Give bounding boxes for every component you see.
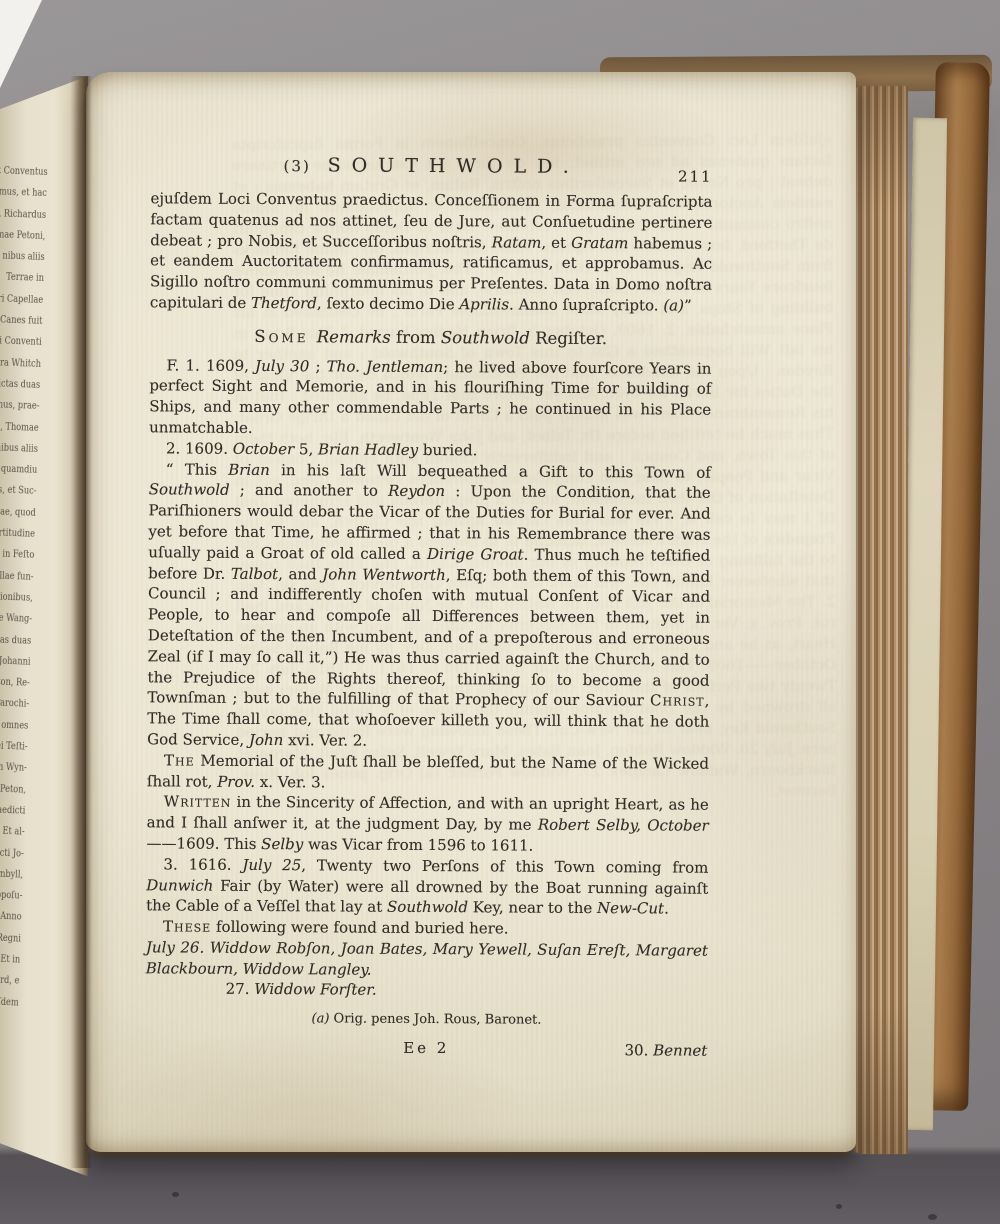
facing-page-line: a ſua appoſu- [0, 882, 23, 907]
facing-page-line: mae Petoni, [0, 222, 46, 247]
facing-page-line: Exactionibus, [0, 584, 33, 609]
facing-page-line: Peton, Re- [0, 669, 30, 694]
facing-page-line: ventura Whitch [0, 350, 41, 375]
facing-page-line: Prior de Wang- [0, 606, 32, 631]
facing-page-line: ſimus. Et al- [0, 818, 25, 843]
facing-page-line: ius Canes fuit [0, 308, 43, 333]
register-entry-2: 2. 1609. October 5, Brian Hadley buried. [149, 438, 711, 462]
facing-page-line: Johannem Wyn- [0, 755, 27, 780]
facing-page-line: raefatis Johanni [0, 648, 31, 673]
facing-page-line: ujus Rei Teſti- [0, 733, 28, 758]
facing-page-line: praedictas duas [0, 627, 32, 652]
floor-speck [172, 1192, 179, 1197]
header-title: SOUTHWOLD. [328, 154, 580, 178]
facing-page-line: que ac quamdiu [0, 457, 38, 482]
facing-page-line: Terrae in [0, 265, 44, 290]
floor-speck [928, 1214, 937, 1220]
written-paragraph: Written in the Sincerity of Affection, a… [146, 792, 708, 858]
memorial-paragraph: The Memorial of the Juſt ſhall be bleſſe… [147, 750, 709, 795]
facing-page-line: et Conventus [0, 159, 48, 184]
facing-page-line: e Capellae fun- [0, 563, 34, 588]
facing-page-line: nimia certitudine [0, 520, 35, 545]
page-block-fore-edge [852, 86, 908, 1154]
facing-page-line: matim, in Feſto [0, 542, 35, 567]
catchword-number: 30. [624, 1041, 653, 1059]
facing-page-line: etri Capellae [0, 286, 44, 311]
facing-page-line: ſſet, Richardus [0, 201, 47, 226]
page-number: 211 [678, 167, 713, 188]
section-heading: Some Remarks from Southwold Regiſter. [150, 326, 712, 350]
floor-speck [836, 1204, 842, 1209]
catchword-word: Bennet [653, 1041, 707, 1059]
facing-page-line: de Thetford, e [0, 967, 20, 992]
facing-page-line: nibus aliis [0, 244, 45, 269]
facing-page-line: ſive Parochi- [0, 691, 29, 716]
facing-page-line: Praedicti Jo- [0, 840, 24, 865]
table-shadow [0, 1146, 1000, 1224]
burials-july-27: 27. Widdow Forſter. [146, 979, 708, 1003]
facing-page-line: raedictae, quod [0, 499, 36, 524]
burials-july-26: July 26. Widdow Robſon, Joan Bates, Mary… [146, 937, 708, 982]
book-page: ejuſdem Loci Conventus praedictus. Conce… [86, 72, 856, 1152]
facing-page-line: Sexto. Et in [0, 946, 20, 971]
facing-page-line: Nos praedicti [0, 797, 26, 822]
page-content: (3) SOUTHWOLD. 211 ejuſdem Loci Conventu… [145, 154, 713, 1061]
facing-page-line: contra omnes [0, 712, 29, 737]
facing-page-line: rius Bernbyll, [0, 861, 23, 886]
text-column: ejuſdem Loci Conventus praedictus. Conce… [145, 188, 712, 1032]
facing-page-line: Henrico, Thomae [0, 414, 39, 439]
header-section-number: (3) [284, 157, 311, 175]
signature-row: Ee 2 30. Bennet [145, 1036, 707, 1061]
facing-page-line: e nobis, et Suc- [0, 478, 37, 503]
facing-page-line: et Anno Regni [0, 925, 21, 950]
facing-page-line: minus, prae- [0, 393, 40, 418]
facing-page-line: Thomas Peton, [0, 776, 26, 801]
facing-page-line: ejuſdem [0, 989, 19, 1014]
book-photograph: { "colors": { "background_gray": "#8d898… [0, 0, 1000, 1224]
photo-scene: et Conventusſimus, et hacſſet, Richardus… [0, 0, 1000, 1224]
facing-page-line: ſimus, et hac [0, 180, 47, 205]
register-entry-1: F. 1. 1609, July 30 ; Tho. Jentleman; he… [149, 355, 711, 442]
page-header: (3) SOUTHWOLD. 211 [151, 154, 713, 183]
catchword: 30. Bennet [624, 1040, 707, 1061]
gutter-shadow [70, 76, 92, 1168]
footnote: (a) Orig. penes Joh. Rous, Baronet. [145, 1009, 707, 1033]
facing-page-line: ac omnibus aliis [0, 435, 38, 460]
facing-page-text-fragments: et Conventusſimus, et hacſſet, Richardus… [0, 159, 48, 1014]
brian-hadley-will-paragraph: “ This Brian in his laſt Will bequeathed… [147, 459, 711, 754]
facing-page-line: Aprilis, Anno [0, 904, 22, 929]
register-entry-3: 3. 1616. July 25, Twenty two Perſons of … [146, 854, 708, 920]
paper-corner [0, 0, 42, 88]
latin-conclusion-paragraph: ejuſdem Loci Conventus praedictus. Conce… [150, 188, 713, 316]
facing-page-line: ali Conventi [0, 329, 42, 354]
signature-mark: Ee 2 [145, 1036, 707, 1060]
facing-page-line: redictas duas [0, 371, 41, 396]
